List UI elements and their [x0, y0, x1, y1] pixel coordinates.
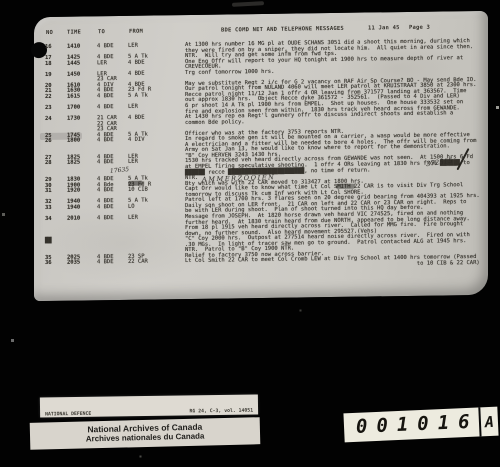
microfilm-background: NO TIME TO FROM BDE COMD NET AND TELEPHO… [0, 0, 500, 467]
national-defence-stamp: NATIONAL DEFENCE DéFENSE NATIONALE RG 24… [40, 394, 258, 417]
erased-pencil-smudge [40, 132, 82, 140]
entry-no: 28 [34, 161, 67, 178]
page-number: Page 3 [409, 25, 430, 31]
entry-from [128, 237, 185, 254]
entry-to: 4 BDE [97, 260, 128, 272]
header-no: NO [46, 30, 53, 36]
entry-no: 24 [34, 117, 67, 134]
entry-from: LER [128, 215, 185, 238]
entry-no: 26 [34, 139, 67, 156]
entry-from: 22 CAR [128, 259, 185, 271]
header-from: FROM [129, 29, 143, 35]
entry-to [97, 238, 128, 255]
entry-no: 34 [34, 217, 67, 240]
entry-time: 2010 [67, 216, 97, 239]
entry-message: Lt Col Smith 22 CAR to meet Col Cromb LE… [185, 255, 488, 270]
entry-from: LER [128, 160, 185, 177]
page-title: BDE COMD NET AND TELEPHONE MESSAGES [221, 26, 344, 34]
ink-smudge [128, 181, 143, 186]
page-date: 11 Jan 45 [368, 25, 400, 31]
entry-from: 4 BDE [128, 115, 185, 132]
national-archives-stamp: National Archives of Canada Archives nat… [30, 417, 261, 450]
entry-time: 1730 [67, 116, 97, 133]
entry-to: 4 BDE [97, 216, 128, 239]
log-entries: 1614104 BDELERAt 1300 hrs number 16 MG p… [34, 39, 488, 273]
entry-to: 21 CAR22 CAR23 CAR [97, 116, 128, 133]
log-header: NO TIME TO FROM BDE COMD NET AND TELEPHO… [34, 24, 488, 30]
frame-counter-digits: 001016 [343, 407, 479, 442]
film-dust-specks [0, 0, 1, 1]
defence-line1: NATIONAL DEFENCE [45, 412, 94, 418]
entry-time: 2035 [67, 261, 97, 273]
entry-time: 1825 [67, 161, 97, 178]
frame-counter-suffix: A [480, 407, 498, 437]
header-to: TO [98, 29, 105, 35]
entry-no: ██ [34, 239, 67, 256]
film-scratch [232, 1, 264, 7]
entry-from: 4 DIV [128, 137, 185, 154]
record-group-reference: RG 24, C-3, vol. 14051 [190, 409, 254, 415]
header-time: TIME [67, 30, 81, 36]
microfilm-frame-counter: 001016 A [343, 407, 498, 443]
entry-time: 1800 [67, 139, 97, 156]
entry-time [67, 238, 97, 255]
entry-to: 4 BDE [97, 138, 128, 155]
document-page: NO TIME TO FROM BDE COMD NET AND TELEPHO… [34, 11, 488, 301]
ink-smudge [336, 184, 355, 189]
entry-no: 36 [34, 261, 67, 273]
